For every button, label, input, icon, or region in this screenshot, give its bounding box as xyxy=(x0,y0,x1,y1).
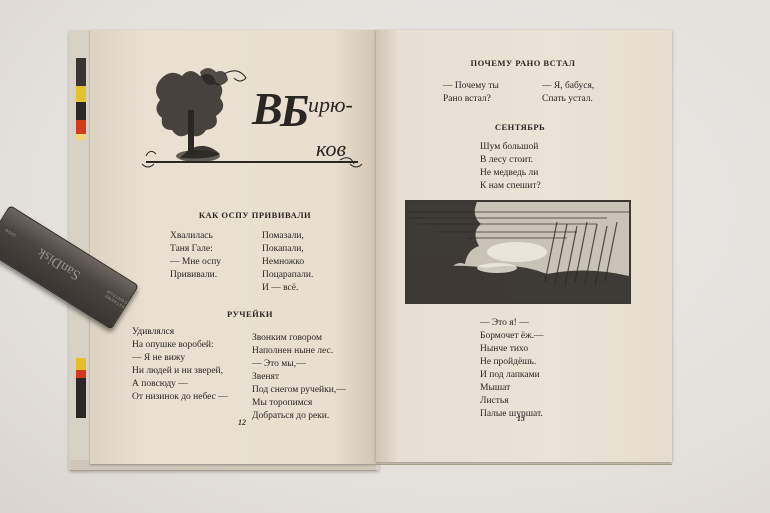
poem-line: Шум большой xyxy=(480,141,541,154)
poem-line: В лесу стоит. xyxy=(480,154,541,167)
poem-line: А повсюду — xyxy=(132,378,228,391)
poem-line: — Я, бабуся, xyxy=(542,80,594,93)
poem-kak-ospu-left-column: Хвалилась Таня Гале: — Мне оспу Прививал… xyxy=(170,230,221,282)
poem-line: Звенят xyxy=(252,371,346,384)
poem-line: — Это мы,— xyxy=(252,358,346,371)
page-number-left: 12 xyxy=(238,418,246,427)
poem-line: Ни людей и ни зверей, xyxy=(132,365,228,378)
svg-text:Б: Б xyxy=(279,85,309,136)
poem-title-ruchejki: РУЧЕЙКИ xyxy=(200,309,300,319)
poem-line: Добраться до реки. xyxy=(252,410,346,423)
poem-line: Мы торопимся xyxy=(252,397,346,410)
poem-line: — Я не вижу xyxy=(132,352,228,365)
poem-pochemu-left-column: — Почему ты Рано встал? xyxy=(443,80,499,106)
poem-line: Немножко xyxy=(262,256,313,269)
poem-line: Не пройдёшь. xyxy=(480,356,544,369)
poem-line: Спать устал. xyxy=(542,93,594,106)
usb-model-label: EXTREME CONTOUR xyxy=(96,284,128,309)
page-number-right: 13 xyxy=(517,414,525,423)
poem-line: На опушке воробей: xyxy=(132,339,228,352)
poem-line: Поцарапали. xyxy=(262,269,313,282)
poem-line: Хвалилась xyxy=(170,230,221,243)
poem-title-sentyabr: СЕНТЯБРЬ xyxy=(480,122,560,132)
svg-text:ирю-: ирю- xyxy=(308,92,353,117)
poem-line: Удивлялся xyxy=(132,326,228,339)
poem-pochemu-right-column: — Я, бабуся, Спать устал. xyxy=(542,80,594,106)
poem-sentyabr-stanza-2: — Это я! — Бормочет ёж.— Нынче тихо Не п… xyxy=(480,317,544,421)
poem-line: Прививали. xyxy=(170,269,221,282)
poem-line: Палые шуршат. xyxy=(480,408,544,421)
poem-line: — Это я! — xyxy=(480,317,544,330)
poem-sentyabr-stanza-1: Шум большой В лесу стоит. Не медведь ли … xyxy=(480,141,541,193)
poem-line: И под лапками xyxy=(480,369,544,382)
poem-line: И — всё. xyxy=(262,282,313,295)
poem-kak-ospu-right-column: Помазали, Покапали, Немножко Поцарапали.… xyxy=(262,230,313,295)
poem-line: Нынче тихо xyxy=(480,343,544,356)
poem-title-kak-ospu: КАК ОСПУ ПРИВИВАЛИ xyxy=(180,210,330,220)
poem-ruchejki-right-column: Звонким говором Наполнен ныне лес. — Это… xyxy=(252,332,346,423)
poem-line: Звонким говором xyxy=(252,332,346,345)
poem-line: Мышат xyxy=(480,382,544,395)
poem-line: Бормочет ёж.— xyxy=(480,330,544,343)
usb-brand-label: SanDisk xyxy=(35,244,84,283)
poem-line: — Мне оспу xyxy=(170,256,221,269)
poem-line: Таня Гале: xyxy=(170,243,221,256)
poem-line: От низинок до небес — xyxy=(132,391,228,404)
rainy-landscape-engraving xyxy=(405,200,631,304)
poem-title-pochemu: ПОЧЕМУ РАНО ВСТАЛ xyxy=(448,58,598,68)
poem-line: Помазали, xyxy=(262,230,313,243)
poem-line: Рано встал? xyxy=(443,93,499,106)
author-header-illustration: В Б ирю- ков xyxy=(140,60,365,172)
svg-text:ков: ков xyxy=(316,136,346,161)
usb-capacity-label: 16GB xyxy=(4,228,17,239)
poem-line: — Почему ты xyxy=(443,80,499,93)
poem-line: Не медведь ли xyxy=(480,167,541,180)
poem-line: К нам спешит? xyxy=(480,180,541,193)
poem-line: Листья xyxy=(480,395,544,408)
svg-text:В: В xyxy=(251,83,283,134)
poem-ruchejki-left-column: Удивлялся На опушке воробей: — Я не вижу… xyxy=(132,326,228,404)
poem-line: Под снегом ручейки,— xyxy=(252,384,346,397)
poem-line: Наполнен ныне лес. xyxy=(252,345,346,358)
poem-line: Покапали, xyxy=(262,243,313,256)
